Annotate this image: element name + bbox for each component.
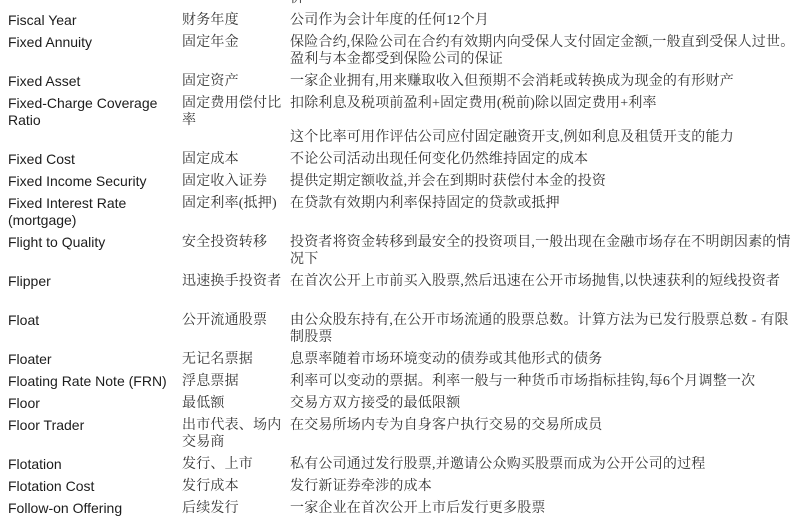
definition-line: 利率可以变动的票据。利率一般与一种货币市场指标挂钩,每6个月调整一次 [290,373,798,390]
term-cell: Fiscal Year [0,12,182,29]
glossary-row: Floating Rate Note (FRN) 浮息票据 利率可以变动的票据。… [0,371,798,393]
translation-cell: 固定资产 [182,73,290,90]
glossary-row: Float 公开流通股票 由公众股东持有,在公开市场流通的股票总数。计算方法为已… [0,310,798,349]
definition-line: 一家企业拥有,用来赚取收入但预期不会消耗或转换成为现金的有形财产 [290,73,798,90]
definition-cell: 发行新证券牵涉的成本 [290,478,798,495]
definition-cell: 不论公司活动出现任何变化仍然维持固定的成本 [290,151,798,168]
definition-cell: 扣除利息及税项前盈利+固定费用(税前)除以固定费用+利率这个比率可用作评估公司应… [290,95,798,146]
term-cell: Floater [0,351,182,368]
definition-cell: 交易方双方接受的最低限额 [290,395,798,412]
definition-line: 发行新证券牵涉的成本 [290,478,798,495]
definition-line: 由公众股东持有,在公开市场流通的股票总数。计算方法为已发行股票总数 - 有限制股… [290,312,798,346]
term-cell: Fixed Annuity [0,34,182,51]
definition-line: 投资者将资金转移到最安全的投资项目,一般出现在金融市场存在不明朗因素的情况下 [290,234,798,268]
definition-line: 交易方双方接受的最低限额 [290,395,798,412]
definition-line [290,112,798,129]
translation-cell: 最低额 [182,395,290,412]
glossary-row: Flipper 迅速换手投资者 在首次公开上市前买入股票,然后迅速在公开市场抛售… [0,271,798,293]
term-cell: Floor [0,395,182,412]
definition-cell: 公司作为会计年度的任何12个月 [290,12,798,29]
definition-cell: 由公众股东持有,在公开市场流通的股票总数。计算方法为已发行股票总数 - 有限制股… [290,312,798,346]
term-cell: Flotation [0,456,182,473]
glossary-row: Fixed Interest Rate (mortgage) 固定利率(抵押) … [0,193,798,232]
definition-cell: 投资者将资金转移到最安全的投资项目,一般出现在金融市场存在不明朗因素的情况下 [290,234,798,268]
glossary-row: Floor Trader 出市代表、场内交易商 在交易所场内专为自身客户执行交易… [0,415,798,454]
translation-cell: 财务年度 [182,12,290,29]
definition-line: 保险合约,保险公司在合约有效期内向受保人支付固定金额,一般直到受保人过世。盈利与… [290,34,798,68]
definition-cell: 在首次公开上市前买入股票,然后迅速在公开市场抛售,以快速获利的短线投资者 [290,273,798,290]
glossary-row: Flotation 发行、上市 私有公司通过发行股票,并邀请公众购买股票而成为公… [0,454,798,476]
term-cell: Fixed Interest Rate (mortgage) [0,195,182,229]
glossary-row: Fixed Annuity 固定年金 保险合约,保险公司在合约有效期内向受保人支… [0,32,798,71]
term-cell: Flotation Cost [0,478,182,495]
glossary-row: Fixed Income Security 固定收入证券 提供定期定额收益,并会… [0,171,798,193]
translation-cell: 发行成本 [182,478,290,495]
glossary-row: 价 [0,0,798,10]
definition-cell: 保险合约,保险公司在合约有效期内向受保人支付固定金额,一般直到受保人过世。盈利与… [290,34,798,68]
glossary-row: Flight to Quality 安全投资转移 投资者将资金转移到最安全的投资… [0,232,798,271]
translation-cell: 固定费用偿付比率 [182,95,290,129]
translation-cell: 固定收入证券 [182,173,290,190]
translation-cell: 公开流通股票 [182,312,290,329]
definition-cell: 一家企业拥有,用来赚取收入但预期不会消耗或转换成为现金的有形财产 [290,73,798,90]
definition-cell: 息票率随着市场环境变动的债券或其他形式的债务 [290,351,798,368]
translation-cell: 固定年金 [182,34,290,51]
translation-cell: 迅速换手投资者 [182,273,290,290]
definition-cell: 一家企业在首次公开上市后发行更多股票 [290,500,798,517]
translation-cell: 浮息票据 [182,373,290,390]
glossary-table: 价 Fiscal Year 财务年度 公司作为会计年度的任何12个月 Fixed… [0,0,798,520]
glossary-row: Floor 最低额 交易方双方接受的最低限额 [0,393,798,415]
definition-line: 扣除利息及税项前盈利+固定费用(税前)除以固定费用+利率 [290,95,798,112]
glossary-row: Floater 无记名票据 息票率随着市场环境变动的债券或其他形式的债务 [0,349,798,371]
term-cell: Fixed Cost [0,151,182,168]
definition-line: 不论公司活动出现任何变化仍然维持固定的成本 [290,151,798,168]
glossary-row: Fixed Asset 固定资产 一家企业拥有,用来赚取收入但预期不会消耗或转换… [0,71,798,93]
definition-line: 私有公司通过发行股票,并邀请公众购买股票而成为公开公司的过程 [290,456,798,473]
translation-cell: 发行、上市 [182,456,290,473]
glossary-row: Fixed-Charge Coverage Ratio 固定费用偿付比率 扣除利… [0,93,798,149]
term-cell: Fixed Income Security [0,173,182,190]
translation-cell: 后续发行 [182,500,290,517]
term-cell: Float [0,312,182,329]
definition-cell: 在贷款有效期内利率保持固定的贷款或抵押 [290,195,798,212]
term-cell: Flight to Quality [0,234,182,251]
glossary-row: Follow-on Offering 后续发行 一家企业在首次公开上市后发行更多… [0,498,798,520]
definition-line: 价 [290,0,798,7]
term-cell: Floor Trader [0,417,182,434]
term-cell: Floating Rate Note (FRN) [0,373,182,390]
translation-cell: 固定成本 [182,151,290,168]
definition-line: 提供定期定额收益,并会在到期时获偿付本金的投资 [290,173,798,190]
definition-cell: 私有公司通过发行股票,并邀请公众购买股票而成为公开公司的过程 [290,456,798,473]
definition-cell: 提供定期定额收益,并会在到期时获偿付本金的投资 [290,173,798,190]
definition-cell: 在交易所场内专为自身客户执行交易的交易所成员 [290,417,798,434]
glossary-row: Flotation Cost 发行成本 发行新证券牵涉的成本 [0,476,798,498]
translation-cell: 出市代表、场内交易商 [182,417,290,451]
glossary-row: Fixed Cost 固定成本 不论公司活动出现任何变化仍然维持固定的成本 [0,149,798,171]
definition-line: 在交易所场内专为自身客户执行交易的交易所成员 [290,417,798,434]
translation-cell: 固定利率(抵押) [182,195,290,212]
definition-line: 公司作为会计年度的任何12个月 [290,12,798,29]
definition-line: 这个比率可用作评估公司应付固定融资开支,例如利息及租赁开支的能力 [290,129,798,146]
definition-cell: 价 [290,0,798,7]
definition-line: 息票率随着市场环境变动的债券或其他形式的债务 [290,351,798,368]
term-cell: Follow-on Offering [0,500,182,517]
definition-line: 在贷款有效期内利率保持固定的贷款或抵押 [290,195,798,212]
term-cell: Fixed-Charge Coverage Ratio [0,95,182,129]
term-cell: Fixed Asset [0,73,182,90]
translation-cell: 安全投资转移 [182,234,290,251]
term-cell: Flipper [0,273,182,290]
glossary-row: Fiscal Year 财务年度 公司作为会计年度的任何12个月 [0,10,798,32]
definition-line: 一家企业在首次公开上市后发行更多股票 [290,500,798,517]
definition-line: 在首次公开上市前买入股票,然后迅速在公开市场抛售,以快速获利的短线投资者 [290,273,798,290]
translation-cell: 无记名票据 [182,351,290,368]
definition-cell: 利率可以变动的票据。利率一般与一种货币市场指标挂钩,每6个月调整一次 [290,373,798,390]
